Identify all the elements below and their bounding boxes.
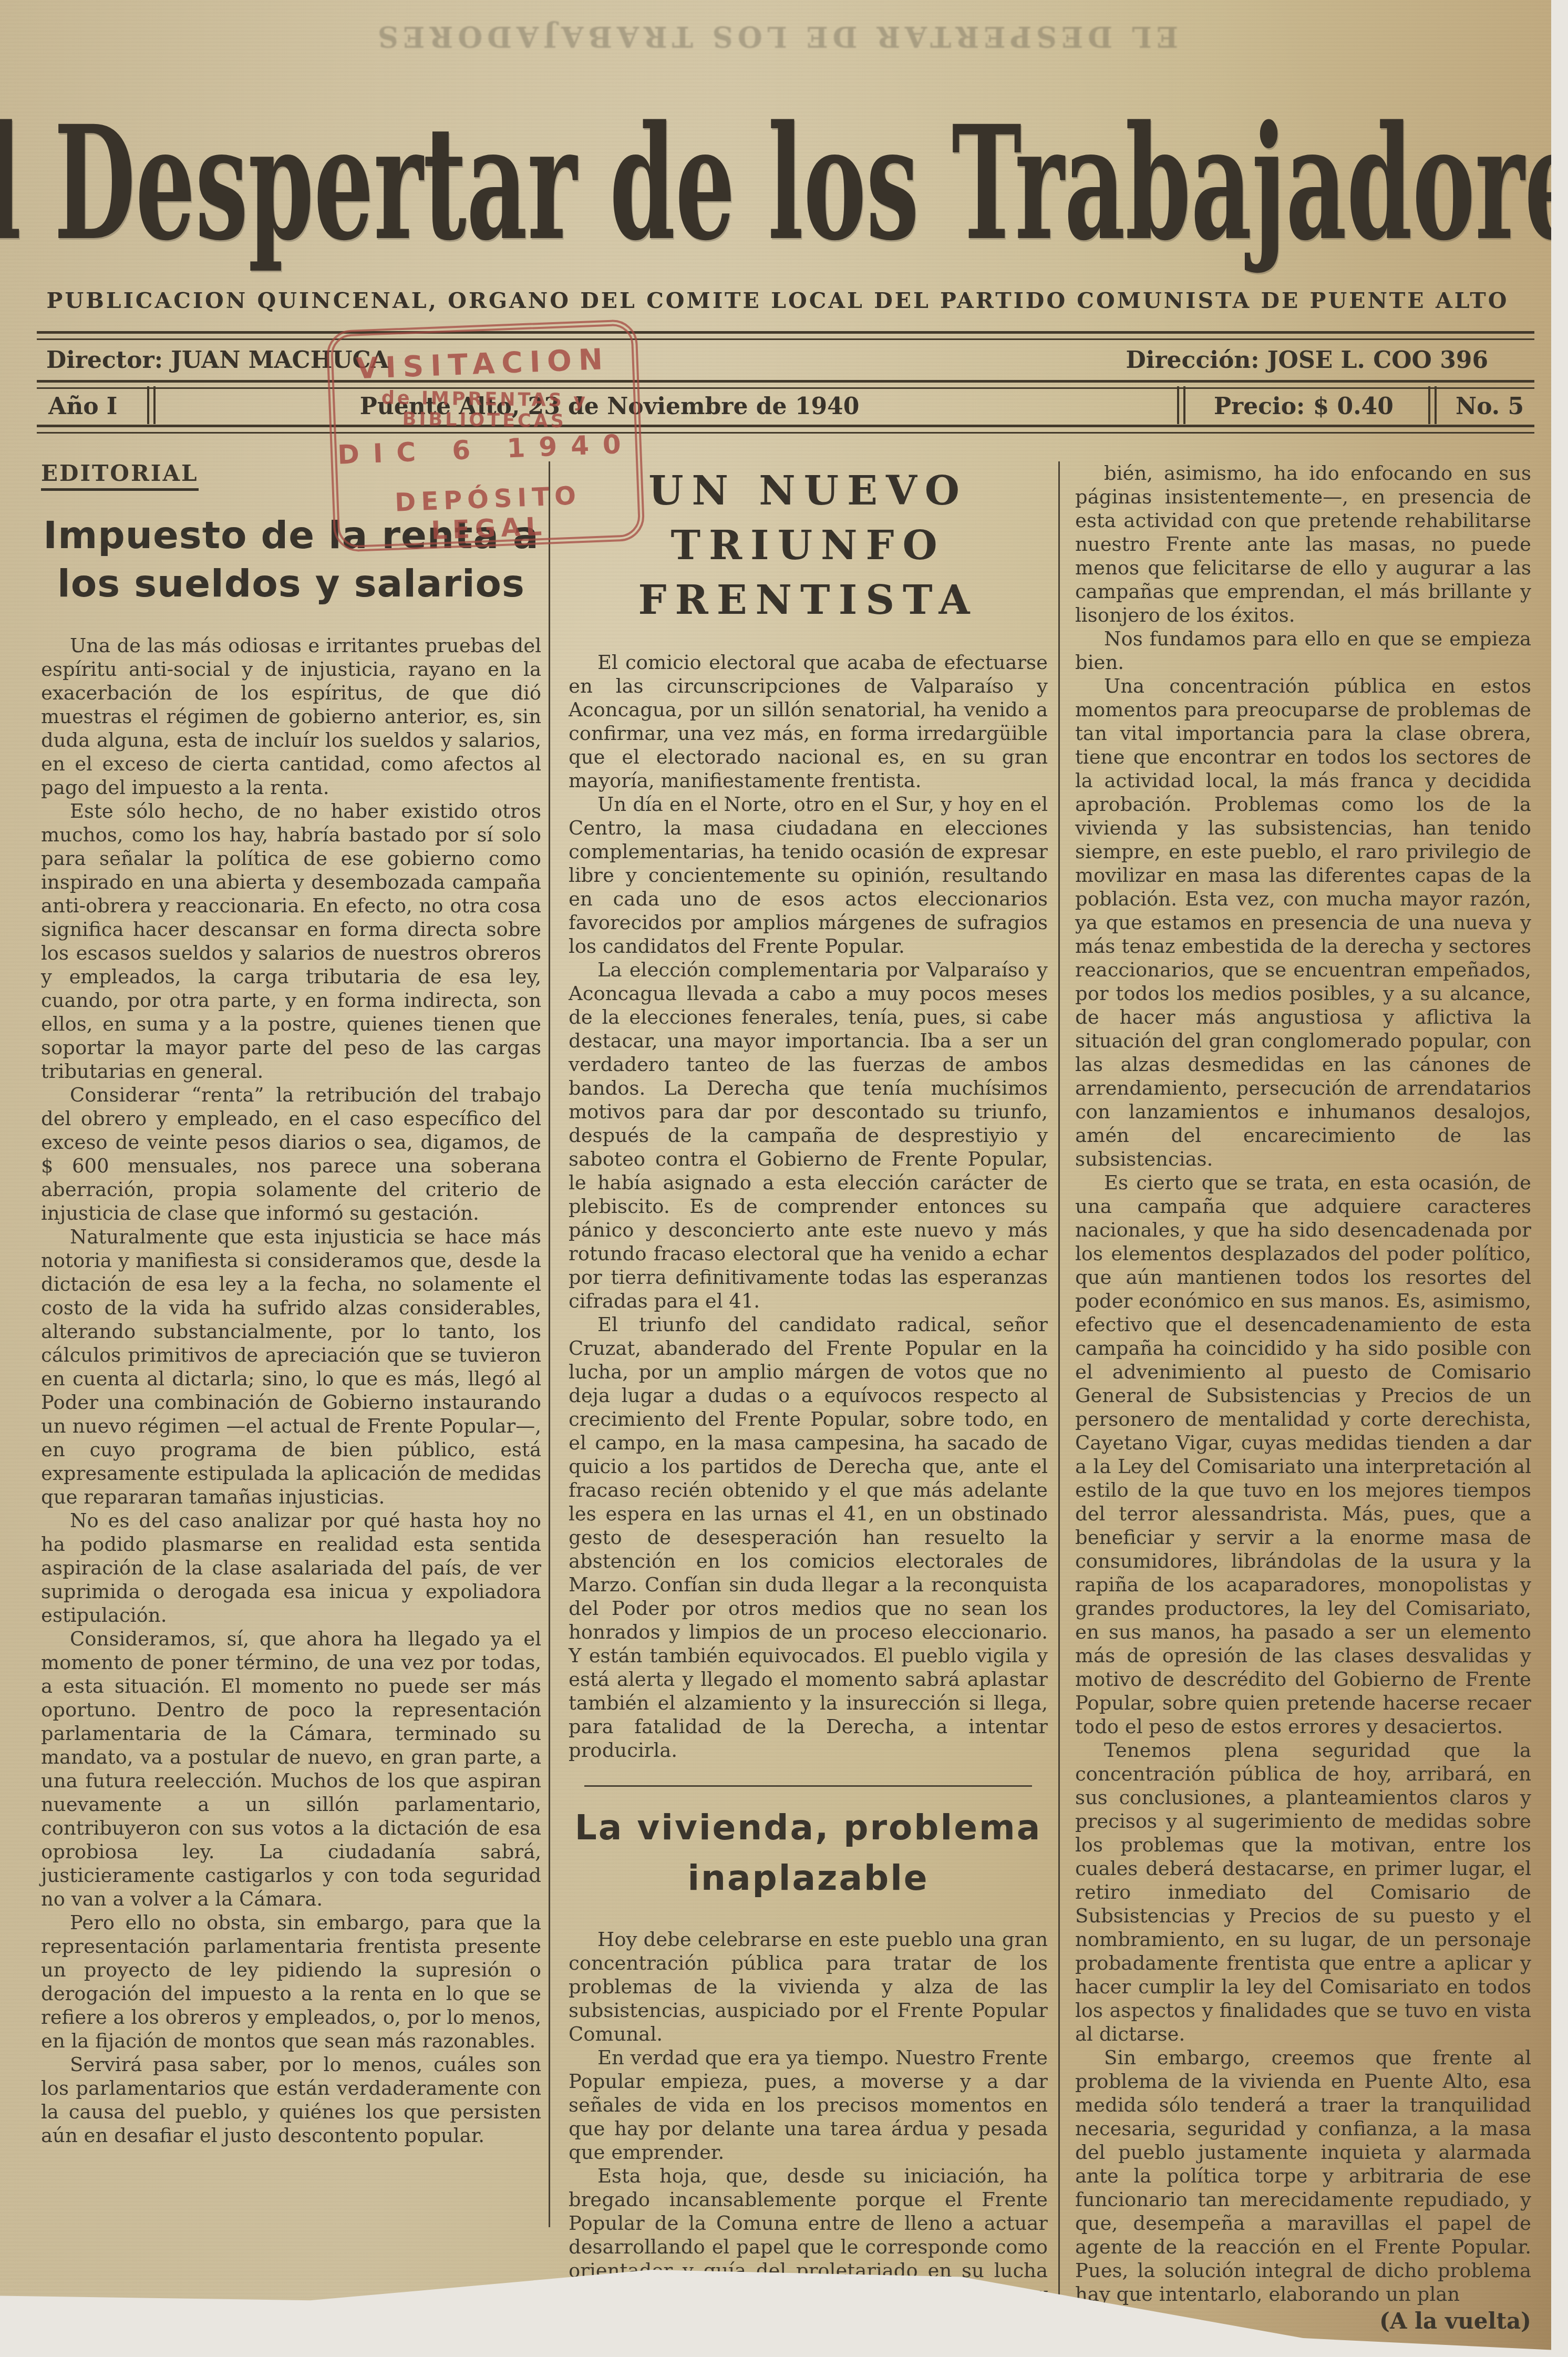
column-editorial: EDITORIAL Impuesto de la renta a los sue… <box>41 461 541 2147</box>
paragraph: Esta hoja, que, desde su iniciación, ha … <box>569 2164 1048 2330</box>
stamp-date: DIC 6 1940 <box>336 428 636 470</box>
column-right: bién, asimismo, ha ido enfocando en sus … <box>1075 461 1531 2333</box>
price: Precio: $ 0.40 <box>1214 393 1394 420</box>
paragraph: Un día en el Norte, otro en el Sur, y ho… <box>569 792 1048 958</box>
issue-number: No. 5 <box>1456 393 1524 420</box>
column3-body: bién, asimismo, ha ido enfocando en sus … <box>1075 461 1531 2306</box>
paragraph: Una concentración pública en estos momen… <box>1075 674 1531 1171</box>
paragraph: El triunfo del candidato radical, señor … <box>569 1313 1048 1762</box>
direccion-line: Dirección: JOSE L. COO 396 <box>1126 347 1488 374</box>
stamp-line-1: VISITACION <box>333 341 633 386</box>
paragraph: Tenemos plena seguridad que la concentra… <box>1075 1738 1531 2046</box>
newspaper-page: EL DESPERTAR DE LOS TRABAJADORES El Desp… <box>0 0 1551 2357</box>
column-divider <box>549 461 550 2227</box>
article-separator-rule <box>584 1785 1032 1787</box>
horizontal-rule <box>37 331 1534 340</box>
paragraph: Nos fundamos para ello en que se empieza… <box>1075 627 1531 674</box>
horizontal-rule <box>37 380 1534 389</box>
paragraph: El comicio electoral que acaba de efectu… <box>569 651 1048 792</box>
stamp-line-2: de IMPRENTAS y BIBLIOTECAS <box>335 387 634 433</box>
masthead-title: El Despertar de los Trabajadores <box>0 105 1568 262</box>
paragraph: Naturalmente que esta injusticia se hace… <box>41 1225 541 1509</box>
paragraph: En verdad que era ya tiempo. Nuestro Fre… <box>569 2046 1048 2164</box>
article-vivienda-body: Hoy debe celebrarse en este pueblo una g… <box>569 1928 1048 2330</box>
paragraph: Pero ello no obsta, sin embargo, para qu… <box>41 1911 541 2053</box>
editorial-kicker: EDITORIAL <box>41 461 199 491</box>
paragraph: Este sólo hecho, de no haber existido ot… <box>41 799 541 1083</box>
horizontal-rule <box>37 425 1534 434</box>
article-vivienda-title: La vivienda, problema inaplazable <box>569 1803 1048 1903</box>
paragraph: bién, asimismo, ha ido enfocando en sus … <box>1075 461 1531 627</box>
continuation-note: (A la vuelta) <box>1075 2309 1531 2333</box>
stamp-line-4: DEPÓSITO LEGAL <box>338 479 639 549</box>
vertical-separator <box>1428 386 1437 424</box>
paragraph: Es cierto que se trata, en esta ocasión,… <box>1075 1171 1531 1738</box>
column-divider <box>1058 461 1060 2332</box>
paragraph: Consideramos, sí, que ahora ha llegado y… <box>41 1627 541 1911</box>
editorial-body: Una de las más odiosas e irritantes prue… <box>41 634 541 2147</box>
vertical-separator <box>147 386 156 424</box>
paragraph: Servirá pasa saber, por lo menos, cuáles… <box>41 2053 541 2147</box>
paragraph: Considerar “renta” la retribución del tr… <box>41 1083 541 1225</box>
paragraph: Una de las más odiosas e irritantes prue… <box>41 634 541 799</box>
column-center: UN NUEVO TRIUNFO FRENTISTA El comicio el… <box>569 461 1048 2330</box>
library-deposit-stamp: VISITACION de IMPRENTAS y BIBLIOTECAS DI… <box>326 319 645 552</box>
paragraph: Sin embargo, creemos que frente al probl… <box>1075 2046 1531 2306</box>
paragraph: La elección complementaria por Valparaís… <box>569 958 1048 1313</box>
vertical-separator <box>1177 386 1185 424</box>
article-triunfo-body: El comicio electoral que acaba de efectu… <box>569 651 1048 1762</box>
paragraph: Hoy debe celebrarse en este pueblo una g… <box>569 1928 1048 2046</box>
ghost-mirrored-title: EL DESPERTAR DE LOS TRABAJADORES <box>0 20 1551 54</box>
masthead-subtitle: PUBLICACION QUINCENAL, ORGANO DEL COMITE… <box>0 288 1555 313</box>
paragraph: No es del caso analizar por qué hasta ho… <box>41 1509 541 1627</box>
